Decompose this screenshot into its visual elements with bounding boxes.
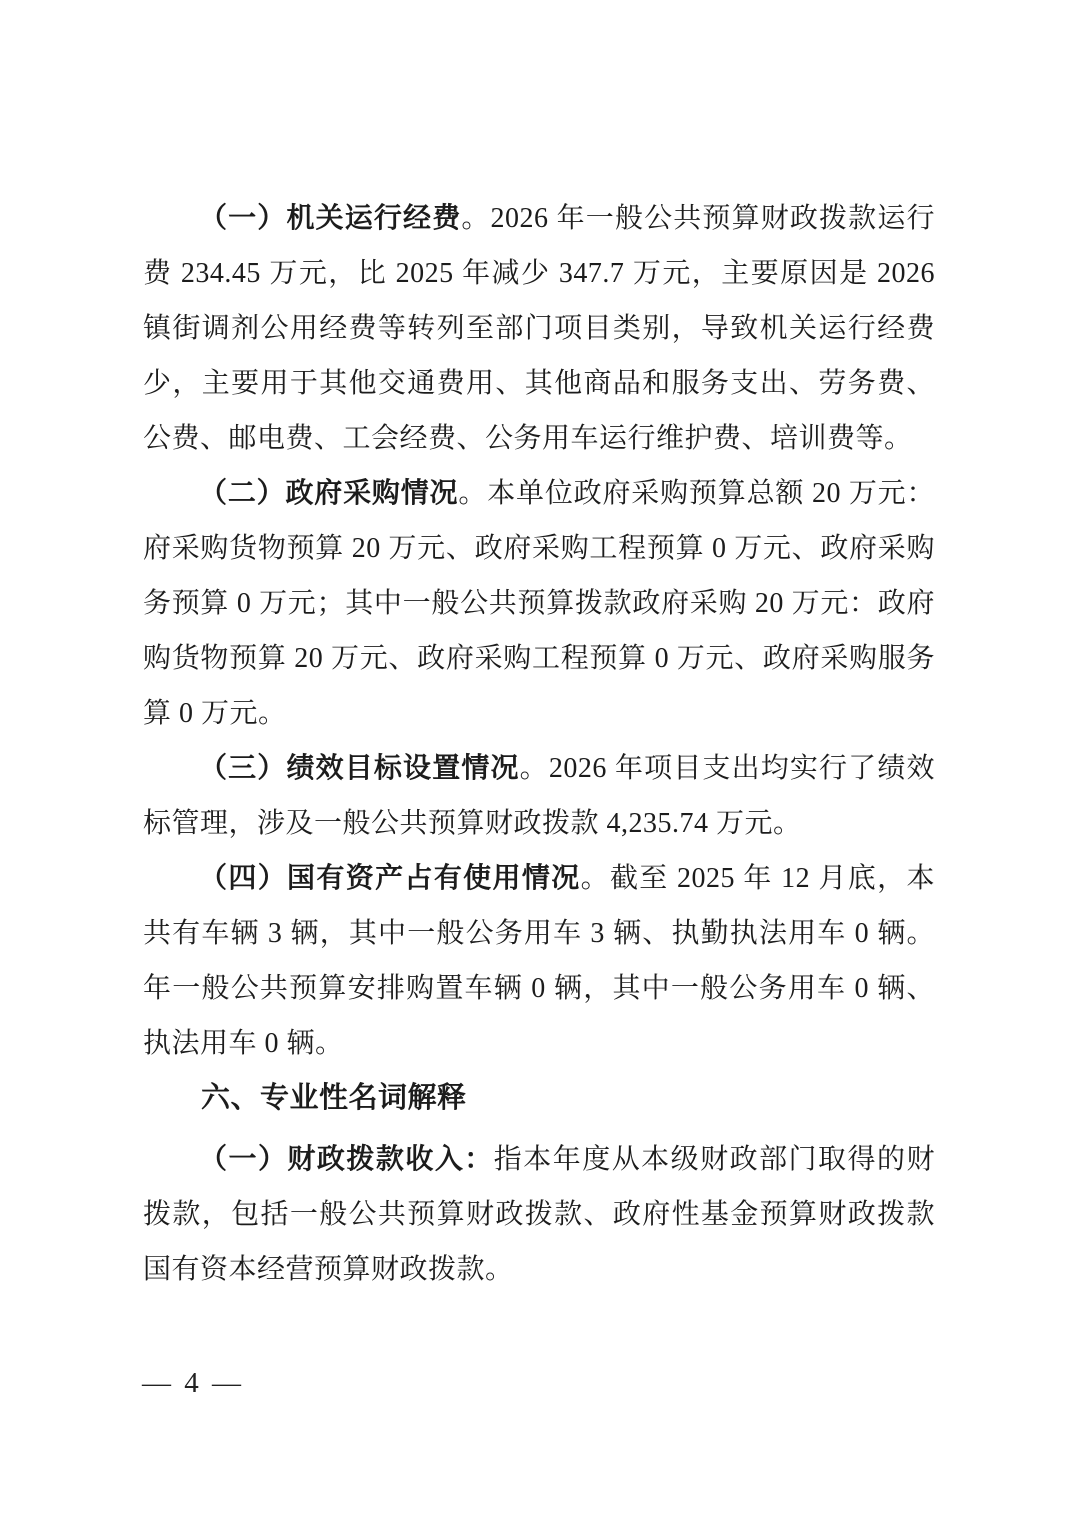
text-line: 镇街调剂公用经费等转列至部门项目类别，导致机关运行经费减	[143, 301, 935, 356]
text-line: 少，主要用于其他交通费用、其他商品和服务支出、劳务费、办	[143, 356, 935, 411]
section-heading-block: 六、专业性名词解释	[143, 1071, 935, 1126]
text-line: 购货物预算 20 万元、政府采购工程预算 0 万元、政府采购服务预	[143, 631, 935, 686]
subheading-bold: （一）财政拨款收入：	[199, 1144, 494, 1175]
text-line: 公费、邮电费、工会经费、公务用车运行维护费、培训费等。	[143, 411, 935, 466]
paragraph-terminology-fiscal-appropriation: （一）财政拨款收入：指本年度从本级财政部门取得的财政 拨款，包括一般公共预算财政…	[143, 1132, 935, 1297]
text-line: （一）财政拨款收入：指本年度从本级财政部门取得的财政	[143, 1132, 935, 1187]
text-line: 标管理，涉及一般公共预算财政拨款 4,235.74 万元。	[143, 796, 935, 851]
body-text: 标管理，涉及一般公共预算财政拨款 4,235.74 万元。	[143, 808, 802, 839]
body-text: 共有车辆 3 辆，其中一般公务用车 3 辆、执勤执法用车 0 辆。2026	[143, 918, 935, 961]
text-line: 务预算 0 万元；其中一般公共预算拨款政府采购 20 万元：政府采	[143, 576, 935, 631]
body-text: 购货物预算 20 万元、政府采购工程预算 0 万元、政府采购服务预	[143, 643, 935, 686]
text-line: （三）绩效目标设置情况。2026 年项目支出均实行了绩效目	[143, 741, 935, 796]
page-number: — 4 —	[142, 1367, 242, 1400]
body-text: 镇街调剂公用经费等转列至部门项目类别，导致机关运行经费减	[143, 313, 935, 356]
text-line: 年一般公共预算安排购置车辆 0 辆，其中一般公务用车 0 辆、执勤	[143, 961, 935, 1016]
body-text: 执法用车 0 辆。	[143, 1028, 344, 1059]
body-text: 公费、邮电费、工会经费、公务用车运行维护费、培训费等。	[143, 423, 913, 454]
body-text: 国有资本经营预算财政拨款。	[143, 1254, 514, 1285]
body-text: 务预算 0 万元；其中一般公共预算拨款政府采购 20 万元：政府采	[143, 588, 935, 631]
text-line: 拨款，包括一般公共预算财政拨款、政府性基金预算财政拨款和	[143, 1187, 935, 1242]
section-heading: 六、专业性名词解释	[143, 1071, 935, 1126]
text-line: 共有车辆 3 辆，其中一般公务用车 3 辆、执勤执法用车 0 辆。2026	[143, 906, 935, 961]
body-text: 算 0 万元。	[143, 698, 287, 729]
subheading-bold: （一）机关运行经费	[199, 203, 461, 234]
subheading-bold: （二）政府采购情况	[199, 478, 458, 509]
text-line: 算 0 万元。	[143, 686, 935, 741]
text-line: 费 234.45 万元，比 2025 年减少 347.7 万元，主要原因是 20…	[143, 246, 935, 301]
body-text: 少，主要用于其他交通费用、其他商品和服务支出、劳务费、办	[143, 368, 935, 411]
body-text: 费 234.45 万元，比 2025 年减少 347.7 万元，主要原因是 20…	[143, 258, 935, 301]
text-line: （二）政府采购情况。本单位政府采购预算总额 20 万元：政	[143, 466, 935, 521]
paragraph-organ-operating-expenses: （一）机关运行经费。2026 年一般公共预算财政拨款运行经 费 234.45 万…	[143, 191, 935, 466]
text-line: （一）机关运行经费。2026 年一般公共预算财政拨款运行经	[143, 191, 935, 246]
text-line: 国有资本经营预算财政拨款。	[143, 1242, 935, 1297]
body-text: 拨款，包括一般公共预算财政拨款、政府性基金预算财政拨款和	[143, 1199, 935, 1242]
body-text: 年一般公共预算安排购置车辆 0 辆，其中一般公务用车 0 辆、执勤	[143, 973, 935, 1016]
text-line: （四）国有资产占有使用情况。截至 2025 年 12 月底，本单位	[143, 851, 935, 906]
text-line: 执法用车 0 辆。	[143, 1016, 935, 1071]
subheading-bold: （三）绩效目标设置情况	[199, 753, 520, 784]
subheading-bold: （四）国有资产占有使用情况	[199, 863, 581, 894]
paragraph-government-procurement: （二）政府采购情况。本单位政府采购预算总额 20 万元：政 府采购货物预算 20…	[143, 466, 935, 741]
paragraph-performance-targets: （三）绩效目标设置情况。2026 年项目支出均实行了绩效目 标管理，涉及一般公共…	[143, 741, 935, 851]
text-line: 府采购货物预算 20 万元、政府采购工程预算 0 万元、政府采购服	[143, 521, 935, 576]
document-page: （一）机关运行经费。2026 年一般公共预算财政拨款运行经 费 234.45 万…	[0, 0, 1074, 1520]
paragraph-state-owned-assets: （四）国有资产占有使用情况。截至 2025 年 12 月底，本单位 共有车辆 3…	[143, 851, 935, 1071]
body-text: 府采购货物预算 20 万元、政府采购工程预算 0 万元、政府采购服	[143, 533, 935, 576]
text-block: （一）机关运行经费。2026 年一般公共预算财政拨款运行经 费 234.45 万…	[143, 191, 935, 1297]
